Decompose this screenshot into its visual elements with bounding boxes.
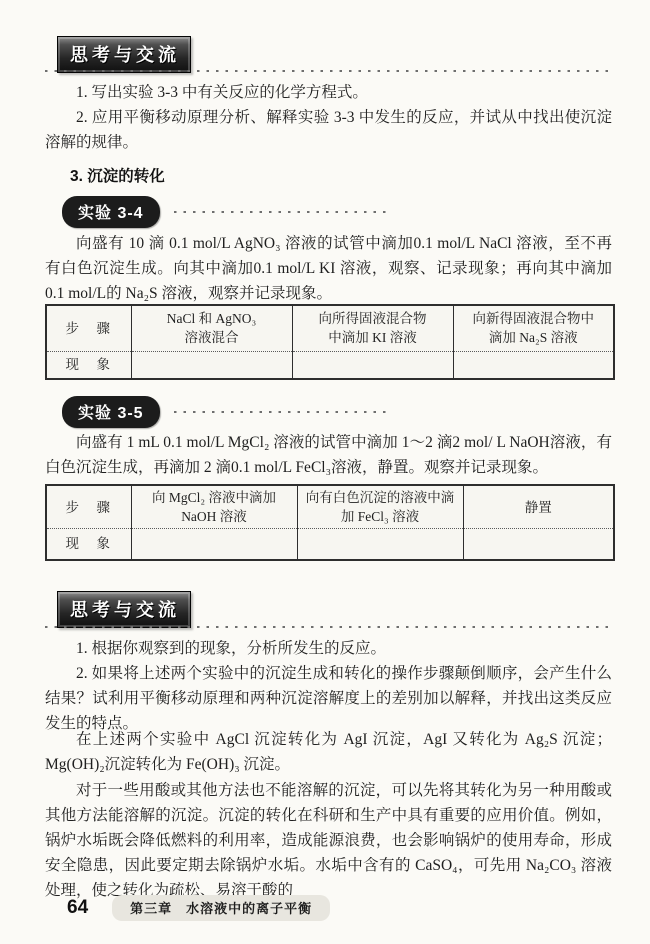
chapter-title: 第三章 水溶液中的离子平衡 xyxy=(112,895,330,921)
step-cell: 向 MgCl₂ 溶液中滴加 NaOH 溶液 xyxy=(131,485,297,529)
dotted-separator xyxy=(174,211,386,214)
section-heading: 3. 沉淀的转化 xyxy=(70,164,165,186)
think-communicate-badge: 思考与交流 xyxy=(57,591,191,628)
question-item: 2. 应用平衡移动原理分析、解释实验 3-3 中发生的反应，并试从中找出使沉淀溶… xyxy=(45,105,612,155)
question-item: 2. 如果将上述两个实验中的沉淀生成和转化的操作步骤颠倒顺序，会产生什么结果？试… xyxy=(45,661,612,736)
step-cell: 向所得固液混合物 中滴加 KI 溶液 xyxy=(292,305,453,351)
experiment-3-4-header: 实验 3-4 xyxy=(62,196,386,228)
observation-cell xyxy=(463,529,614,560)
experiment-3-5-badge: 实验 3-5 xyxy=(62,396,160,428)
experiment-3-4-table: 步 骤 NaCl 和 AgNO₃ 溶液混合 向所得固液混合物 中滴加 KI 溶液… xyxy=(45,304,615,380)
observation-label-cell: 现 象 xyxy=(46,529,131,560)
experiment-3-5-description: 向盛有 1 mL 0.1 mol/L MgCl₂ 溶液的试管中滴加 1～2 滴2… xyxy=(45,430,612,480)
observation-cell xyxy=(131,351,292,379)
observation-cell xyxy=(297,529,463,560)
step-cell: 向新得固液混合物中 滴加 Na₂S 溶液 xyxy=(453,305,614,351)
dotted-separator xyxy=(45,70,612,73)
think-communicate-questions: 1. 写出实验 3-3 中有关反应的化学方程式。 2. 应用平衡移动原理分析、解… xyxy=(45,80,612,155)
dotted-separator xyxy=(174,411,386,414)
observation-cell xyxy=(131,529,297,560)
experiment-3-4-description: 向盛有 10 滴 0.1 mol/L AgNO₃ 溶液的试管中滴加0.1 mol… xyxy=(45,231,612,306)
question-item: 1. 根据你观察到的现象，分析所发生的反应。 xyxy=(45,636,612,661)
question-item: 1. 写出实验 3-3 中有关反应的化学方程式。 xyxy=(45,80,612,105)
application-paragraph: 对于一些用酸或其他方法也不能溶解的沉淀，可以先将其转化为另一种用酸或其他方法能溶… xyxy=(45,778,612,903)
experiment-3-5-table: 步 骤 向 MgCl₂ 溶液中滴加 NaOH 溶液 向有白色沉淀的溶液中滴 加 … xyxy=(45,484,615,561)
think-communicate-badge: 思考与交流 xyxy=(57,36,191,73)
table-row-steps: 步 骤 NaCl 和 AgNO₃ 溶液混合 向所得固液混合物 中滴加 KI 溶液… xyxy=(46,305,614,351)
experiment-3-5-header: 实验 3-5 xyxy=(62,396,386,428)
observation-cell xyxy=(453,351,614,379)
dotted-separator xyxy=(45,626,612,629)
step-cell: 静置 xyxy=(463,485,614,529)
experiment-3-4-badge: 实验 3-4 xyxy=(62,196,160,228)
summary-paragraph: 在上述两个实验中 AgCl 沉淀转化为 AgI 沉淀，AgI 又转化为 Ag₂S… xyxy=(45,727,612,777)
observation-label-cell: 现 象 xyxy=(46,351,131,379)
table-row-observations: 现 象 xyxy=(46,529,614,560)
step-label-cell: 步 骤 xyxy=(46,305,131,351)
think-communicate-questions: 1. 根据你观察到的现象，分析所发生的反应。 2. 如果将上述两个实验中的沉淀生… xyxy=(45,636,612,736)
step-label-cell: 步 骤 xyxy=(46,485,131,529)
step-cell: 向有白色沉淀的溶液中滴 加 FeCl₃ 溶液 xyxy=(297,485,463,529)
observation-cell xyxy=(292,351,453,379)
page-number: 64 xyxy=(67,897,88,919)
step-cell: NaCl 和 AgNO₃ 溶液混合 xyxy=(131,305,292,351)
textbook-page: 思考与交流 1. 写出实验 3-3 中有关反应的化学方程式。 2. 应用平衡移动… xyxy=(0,0,650,944)
table-row-observations: 现 象 xyxy=(46,351,614,379)
page-footer: 64 第三章 水溶液中的离子平衡 xyxy=(45,895,612,921)
table-row-steps: 步 骤 向 MgCl₂ 溶液中滴加 NaOH 溶液 向有白色沉淀的溶液中滴 加 … xyxy=(46,485,614,529)
